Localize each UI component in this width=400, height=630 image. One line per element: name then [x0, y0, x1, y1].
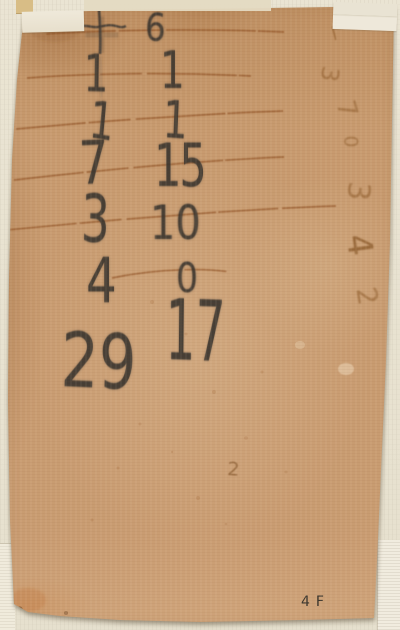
paper-sheet-wrapper: + 6 1 1 1 1 7 15 3 10 4 0 29 17 + 3 7 0 …	[0, 0, 400, 630]
aged-paper-sheet: + 6 1 1 1 1 7 15 3 10 4 0 29 17 + 3 7 0 …	[0, 0, 400, 630]
tape-top-middle	[84, 0, 271, 11]
handwritten-number-r4-right: 15	[154, 136, 205, 196]
ruled-line	[16, 111, 283, 129]
edge-inscription-3: 0	[341, 135, 360, 147]
ruled-line	[112, 270, 230, 278]
stray-squiggle-mark: 2	[227, 460, 240, 480]
collection-mark: 4F	[301, 595, 330, 609]
tape-top-left	[22, 10, 85, 33]
handwritten-number-r7-left: 29	[60, 322, 137, 401]
handwritten-number-r5-right: 10	[150, 200, 201, 247]
ruled-line	[27, 74, 251, 78]
ruled-line	[14, 157, 284, 180]
crosshatch-value: +	[80, 4, 124, 62]
photograph-of-drawing-verso: + 6 1 1 1 1 7 15 3 10 4 0 29 17 + 3 7 0 …	[0, 0, 400, 630]
handwritten-number-r7-right: 17	[165, 288, 226, 374]
edge-inscription-4: 3	[342, 180, 374, 202]
tape-top-right	[333, 2, 398, 31]
handwritten-number-r6-left: 4	[86, 250, 117, 312]
